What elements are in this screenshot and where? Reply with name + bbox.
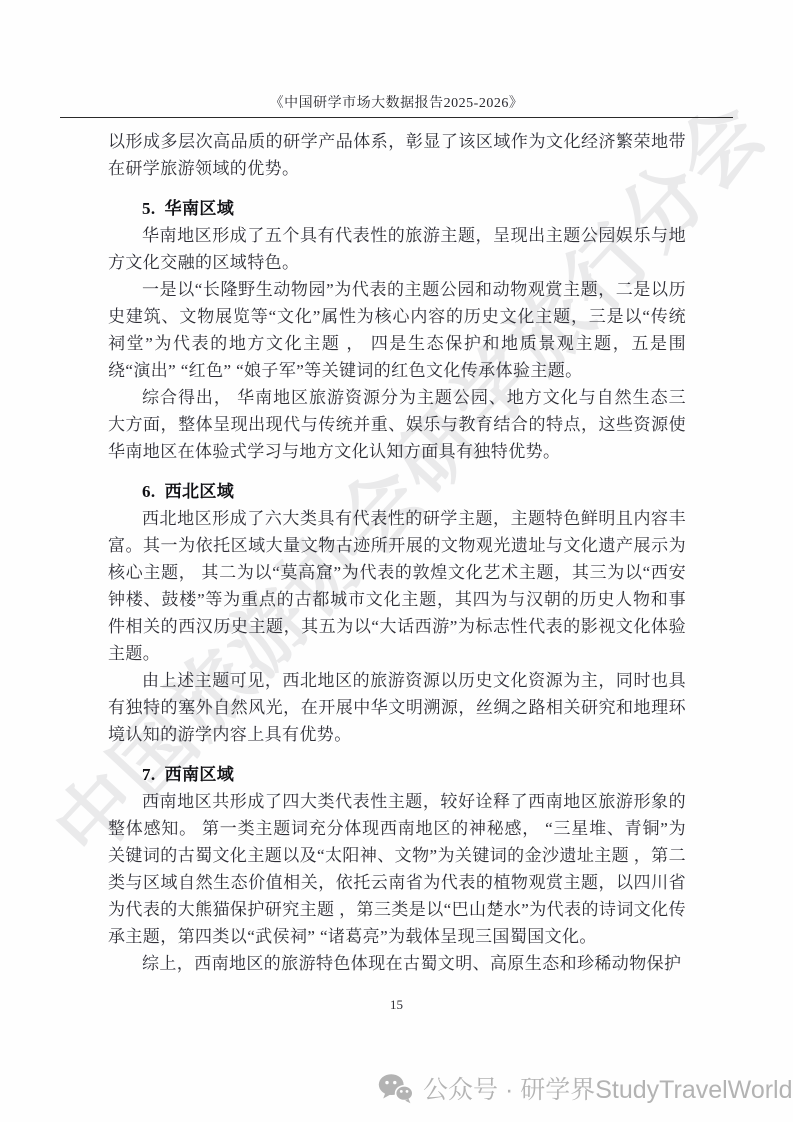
body-paragraph: 西北地区形成了六大类具有代表性的研学主题，主题特色鲜明且内容丰富。其一为依托区域…: [108, 505, 686, 667]
section-heading: 6.西北区域: [108, 478, 686, 505]
body-paragraph: 以形成多层次高品质的研学产品体系，彰显了该区域作为文化经济繁荣地带在研学旅游领域…: [108, 128, 686, 182]
body-paragraph: 华南地区形成了五个具有代表性的旅游主题，呈现出主题公园娱乐与地方文化交融的区域特…: [108, 222, 686, 276]
body-paragraph: 综上，西南地区的旅游特色体现在古蜀文明、高原生态和珍稀动物保护: [108, 950, 686, 977]
footer-brand: 公众号 · 研学界StudyTravelWorld: [378, 1070, 793, 1106]
page-number: 15: [0, 997, 793, 1013]
body-paragraph: 由上述主题可见，西北地区的旅游资源以历史文化资源为主，同时也具有独特的塞外自然风…: [108, 667, 686, 748]
section-number: 5.: [142, 199, 165, 218]
body-paragraph: 一是以“长隆野生动物园”为代表的主题公园和动物观赏主题，二是以历史建筑、文物展览…: [108, 276, 686, 384]
section-title: 西南区域: [165, 765, 235, 784]
section-title: 西北区域: [165, 482, 235, 501]
wechat-icon: [378, 1073, 414, 1104]
body-paragraph: 西南地区共形成了四大类代表性主题，较好诠释了西南地区旅游形象的整体感知。 第一类…: [108, 788, 686, 950]
document-body: 以形成多层次高品质的研学产品体系，彰显了该区域作为文化经济繁荣地带在研学旅游领域…: [108, 128, 686, 977]
section-heading: 5.华南区域: [108, 195, 686, 222]
section-heading: 7.西南区域: [108, 761, 686, 788]
section-title: 华南区域: [165, 199, 235, 218]
footer-brand-label: 公众号 · 研学界StudyTravelWorld: [423, 1070, 793, 1106]
section-number: 7.: [142, 765, 165, 784]
document-page: 中国旅游协会研学旅行分会 《中国研学市场大数据报告2025-2026》 以形成多…: [0, 0, 793, 1122]
running-header: 《中国研学市场大数据报告2025-2026》: [60, 92, 733, 118]
section-number: 6.: [142, 482, 165, 501]
body-paragraph: 综合得出， 华南地区旅游资源分为主题公园、地方文化与自然生态三大方面，整体呈现出…: [108, 384, 686, 465]
